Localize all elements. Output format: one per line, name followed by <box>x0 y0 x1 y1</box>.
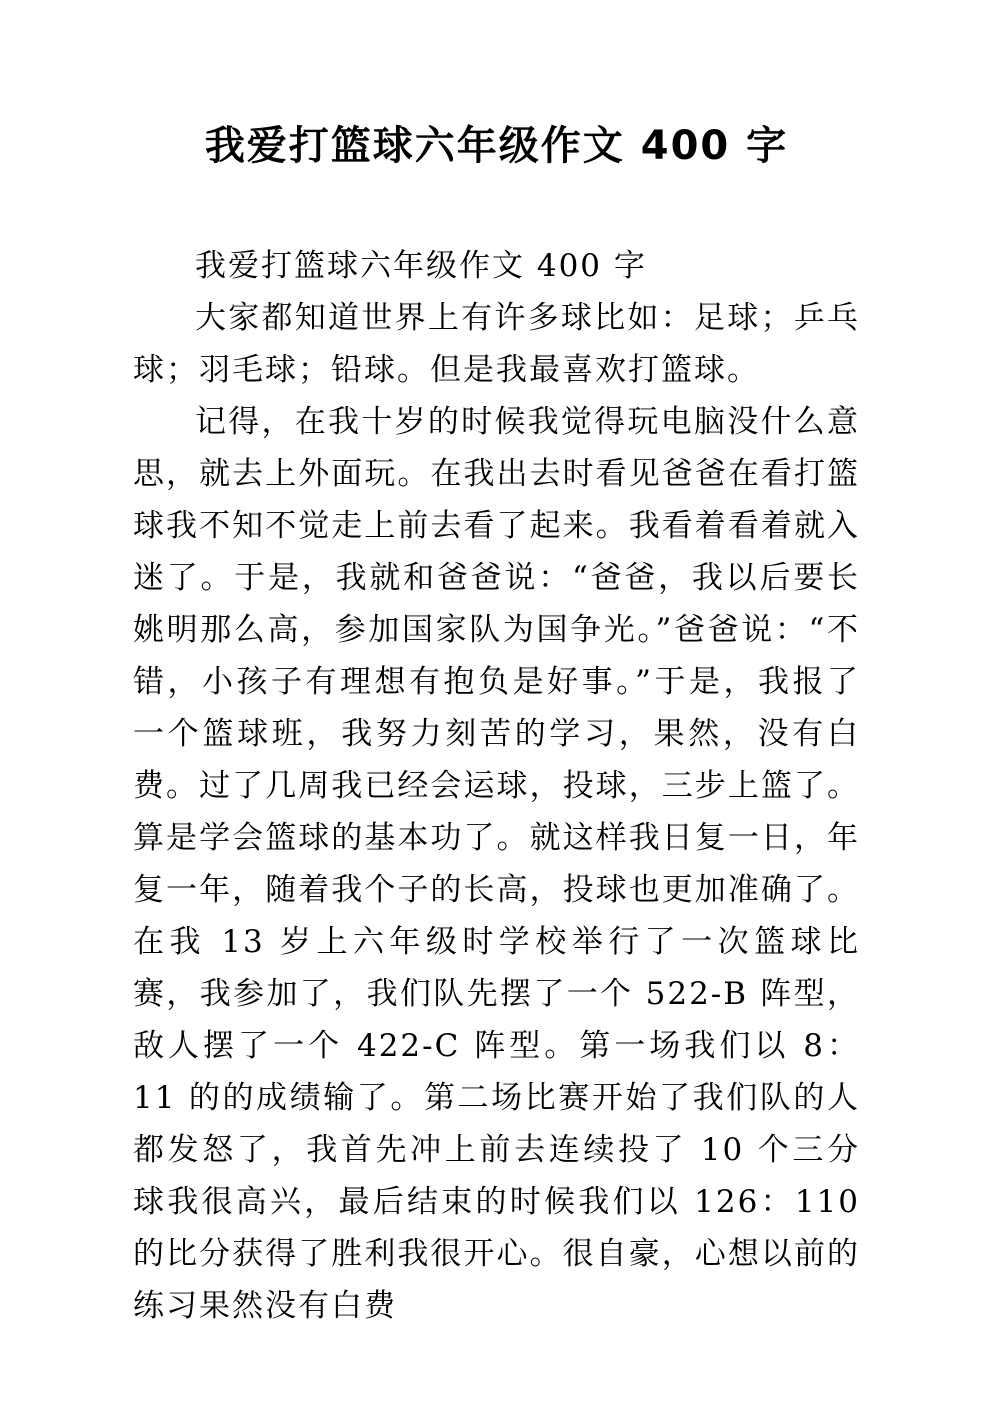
document-title: 我爱打篮球六年级作文 400 字 <box>0 114 993 171</box>
essay-body: 我爱打篮球六年级作文 400 字大家都知道世界上有许多球比如：足球；乒乓球；羽毛… <box>133 240 860 1332</box>
document-page: 我爱打篮球六年级作文 400 字 我爱打篮球六年级作文 400 字大家都知道世界… <box>0 0 993 1404</box>
essay-paragraph: 记得，在我十岁的时候我觉得玩电脑没什么意思，就去上外面玩。在我出去时看见爸爸在看… <box>133 396 860 1332</box>
essay-paragraph: 我爱打篮球六年级作文 400 字 <box>133 240 860 292</box>
essay-paragraph: 大家都知道世界上有许多球比如：足球；乒乓球；羽毛球；铅球。但是我最喜欢打篮球。 <box>133 292 860 396</box>
